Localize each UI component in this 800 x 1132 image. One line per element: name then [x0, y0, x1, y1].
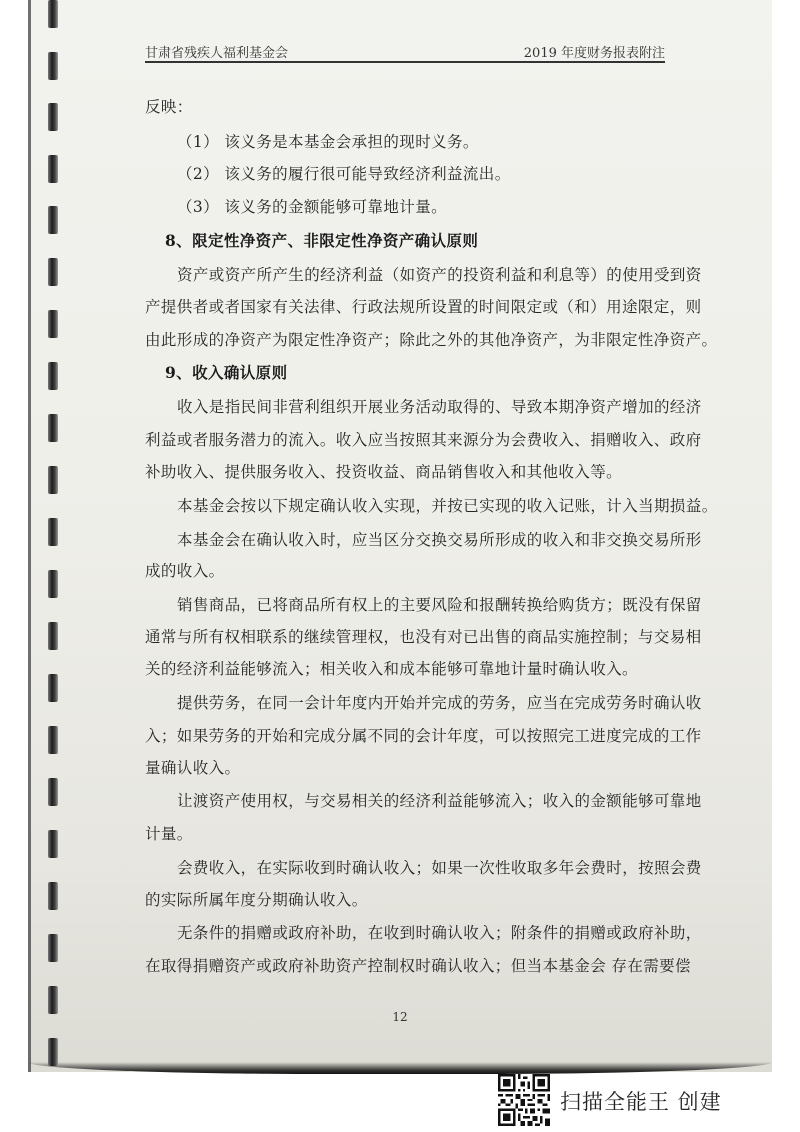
header-organization: 甘肃省残疾人福利基金会: [145, 42, 288, 61]
header-document-title: 2019 年度财务报表附注: [524, 42, 665, 61]
section-8-heading: 8、限定性净资产、非限定性净资产确认原则: [165, 231, 685, 251]
binding-ring: [48, 466, 58, 494]
condition-item: （1） 该义务是本基金会承担的现时义务。: [177, 132, 665, 152]
binding-ring: [48, 0, 58, 28]
paragraph-line: 提供劳务，在同一会计年度内开始并完成的劳务，应当在完成劳务时确认收: [177, 693, 665, 713]
page-edge: [28, 0, 31, 1072]
paragraph-line: 由此形成的净资产为限定性净资产；除此之外的其他净资产，为非限定性净资产。: [145, 330, 665, 350]
binding-ring: [48, 934, 58, 962]
scanner-watermark-text: 扫描全能王 创建: [560, 1086, 722, 1116]
binding-ring: [48, 258, 58, 286]
paragraph-line: 产提供者或者国家有关法律、行政法规所设置的时间限定或（和）用途限定，则: [145, 297, 665, 317]
paragraph-line: 利益或者服务潜力的流入。收入应当按照其来源分为会费收入、捐赠收入、政府: [145, 430, 665, 450]
paragraph-line: 本基金会按以下规定确认收入实现，并按已实现的收入记账，计入当期损益。: [177, 496, 665, 516]
paragraph-line: 量确认收入。: [145, 758, 665, 778]
header-rule: [145, 61, 665, 63]
paragraph-line: 计量。: [145, 824, 665, 844]
paragraph-line: 资产或资产所产生的经济利益（如资产的投资利益和利息等）的使用受到资: [177, 265, 665, 285]
condition-item: （3） 该义务的金额能够可靠地计量。: [177, 197, 665, 217]
paragraph-line: 补助收入、提供服务收入、投资收益、商品销售收入和其他收入等。: [145, 462, 665, 482]
paragraph-line: 在取得捐赠资产或政府补助资产控制权时确认收入；但当本基金会 存在需要偿: [145, 956, 665, 976]
binding-ring: [48, 830, 58, 858]
intro-text: 反映：: [145, 97, 665, 117]
binding-ring: [48, 52, 58, 80]
page-bottom-shadow: [28, 1062, 772, 1074]
binding-ring: [48, 103, 58, 131]
paragraph-line: 入；如果劳务的开始和完成分属不同的会计年度，可以按照完工进度完成的工作: [145, 726, 665, 746]
binding-ring: [48, 362, 58, 390]
binding-ring: [48, 726, 58, 754]
condition-item: （2） 该义务的履行很可能导致经济利益流出。: [177, 164, 665, 184]
paragraph-line: 本基金会在确认收入时，应当区分交换交易所形成的收入和非交换交易所形: [177, 530, 665, 550]
qr-code-icon: [498, 1074, 550, 1126]
paragraph-line: 让渡资产使用权，与交易相关的经济利益能够流入；收入的金额能够可靠地: [177, 791, 665, 811]
binding-ring: [48, 778, 58, 806]
binding-ring: [48, 310, 58, 338]
paragraph-line: 通常与所有权相联系的继续管理权，也没有对已出售的商品实施控制；与交易相: [145, 627, 665, 647]
binding-ring: [48, 206, 58, 234]
binding-ring: [48, 414, 58, 442]
binding-ring: [48, 882, 58, 910]
binding-ring: [48, 155, 58, 183]
binding-ring: [48, 570, 58, 598]
binding-ring: [48, 1038, 58, 1066]
binding-ring: [48, 518, 58, 546]
section-9-heading: 9、收入确认原则: [165, 363, 685, 383]
binding-ring: [48, 622, 58, 650]
paragraph-line: 会费收入，在实际收到时确认收入；如果一次性收取多年会费时，按照会费: [177, 858, 665, 878]
paragraph-line: 收入是指民间非营利组织开展业务活动取得的、导致本期净资产增加的经济: [177, 397, 665, 417]
paragraph-line: 无条件的捐赠或政府补助，在收到时确认收入；附条件的捐赠或政府补助，: [177, 923, 665, 943]
paragraph-line: 成的收入。: [145, 561, 665, 581]
paragraph-line: 的实际所属年度分期确认收入。: [145, 890, 665, 910]
paragraph-line: 销售商品，已将商品所有权上的主要风险和报酬转换给购货方；既没有保留: [177, 595, 665, 615]
binding-ring: [48, 674, 58, 702]
page-number: 12: [0, 1010, 800, 1024]
paragraph-line: 关的经济利益能够流入；相关收入和成本能够可靠地计量时确认收入。: [145, 659, 665, 679]
